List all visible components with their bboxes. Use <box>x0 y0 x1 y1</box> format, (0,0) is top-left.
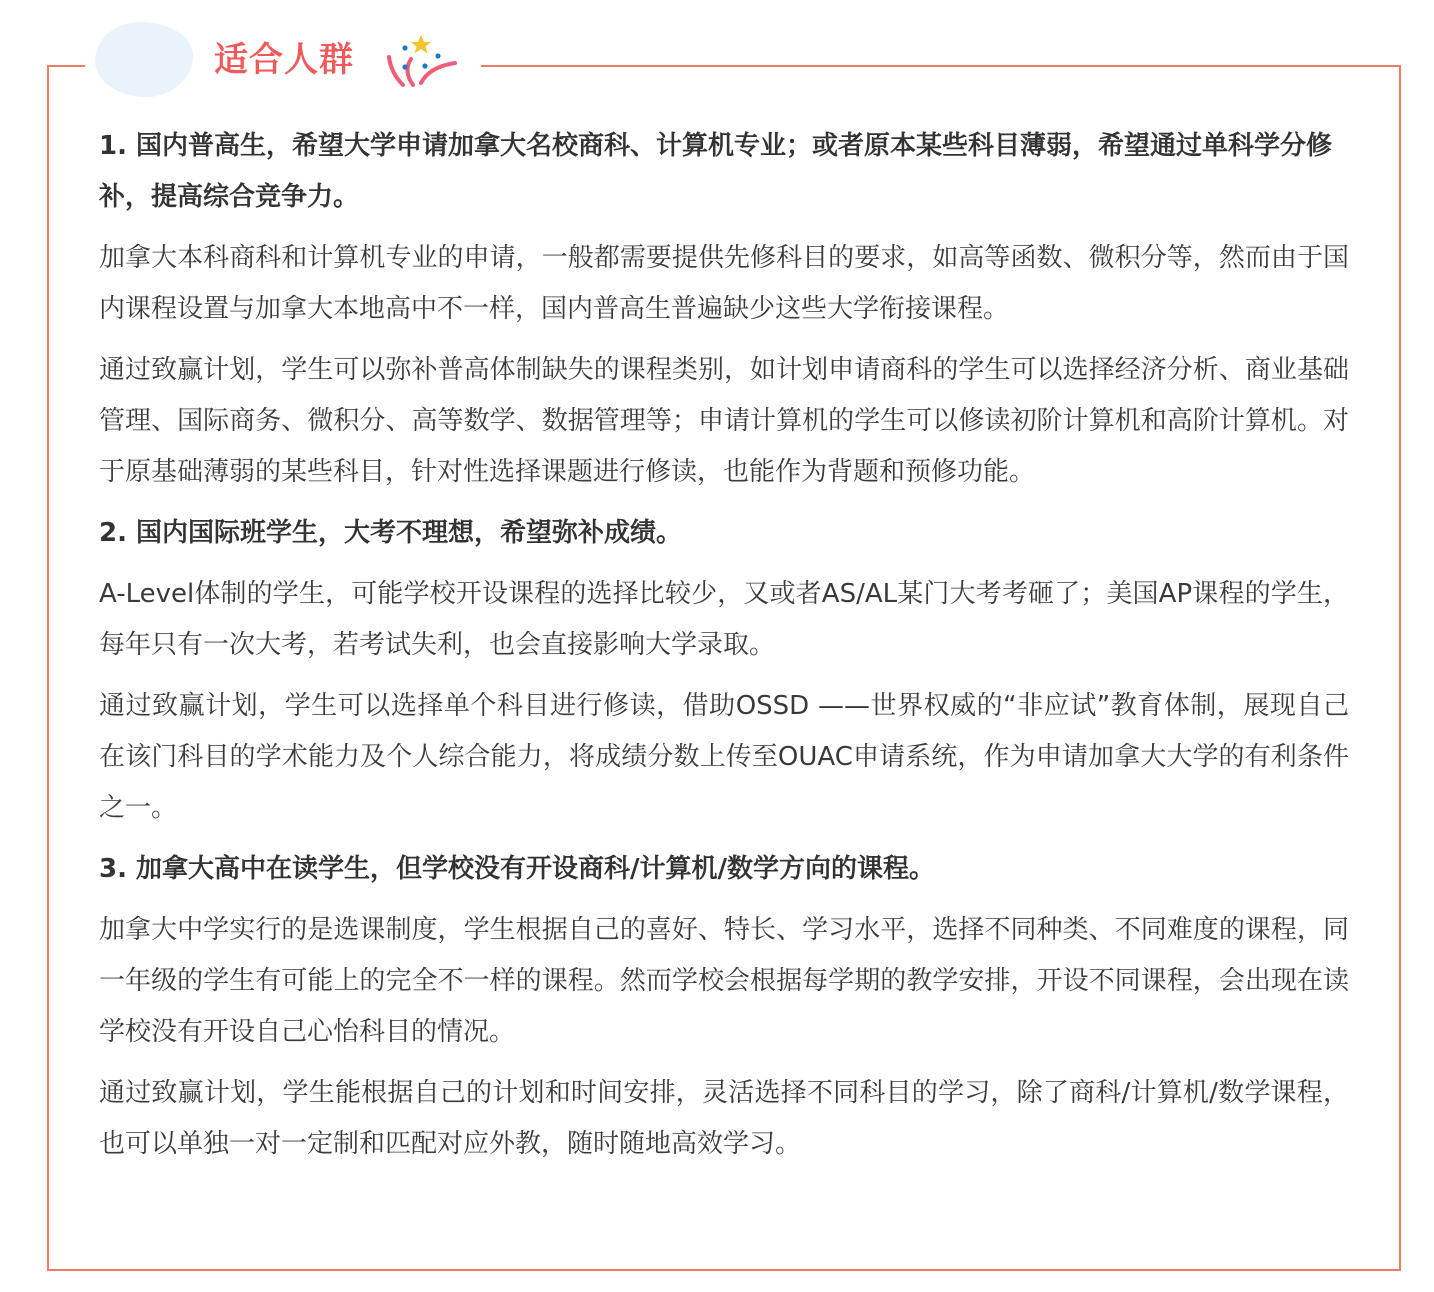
section-heading: 3. 加拿大高中在读学生，但学校没有开设商科/计算机/数学方向的课程。 <box>99 844 1349 895</box>
paragraph: 通过致赢计划，学生可以选择单个科目进行修读，借助OSSD ——世界权威的“非应试… <box>99 681 1349 834</box>
paragraph: 加拿大中学实行的是选课制度，学生根据自己的喜好、特长、学习水平，选择不同种类、不… <box>99 905 1349 1058</box>
section-1: 1. 国内普高生，希望大学申请加拿大名校商科、计算机专业；或者原本某些科目薄弱，… <box>99 121 1349 498</box>
article-body: 1. 国内普高生，希望大学申请加拿大名校商科、计算机专业；或者原本某些科目薄弱，… <box>99 121 1349 1180</box>
section-title: 适合人群 <box>214 37 354 83</box>
section-3: 3. 加拿大高中在读学生，但学校没有开设商科/计算机/数学方向的课程。 加拿大中… <box>99 844 1349 1170</box>
section-heading: 1. 国内普高生，希望大学申请加拿大名校商科、计算机专业；或者原本某些科目薄弱，… <box>99 121 1349 223</box>
section-heading: 2. 国内国际班学生，大考不理想，希望弥补成绩。 <box>99 508 1349 559</box>
paragraph: 通过致赢计划，学生可以弥补普高体制缺失的课程类别，如计划申请商科的学生可以选择经… <box>99 345 1349 498</box>
firework-icon <box>383 33 463 89</box>
frame-top-line-left <box>47 65 85 67</box>
paragraph: A-Level体制的学生，可能学校开设课程的选择比较少，又或者AS/AL某门大考… <box>99 569 1349 671</box>
section-2: 2. 国内国际班学生，大考不理想，希望弥补成绩。 A-Level体制的学生，可能… <box>99 508 1349 834</box>
paragraph: 通过致赢计划，学生能根据自己的计划和时间安排，灵活选择不同科目的学习，除了商科/… <box>99 1068 1349 1170</box>
paragraph: 加拿大本科商科和计算机专业的申请，一般都需要提供先修科目的要求，如高等函数、微积… <box>99 233 1349 335</box>
frame-top-line-right <box>481 65 1399 67</box>
